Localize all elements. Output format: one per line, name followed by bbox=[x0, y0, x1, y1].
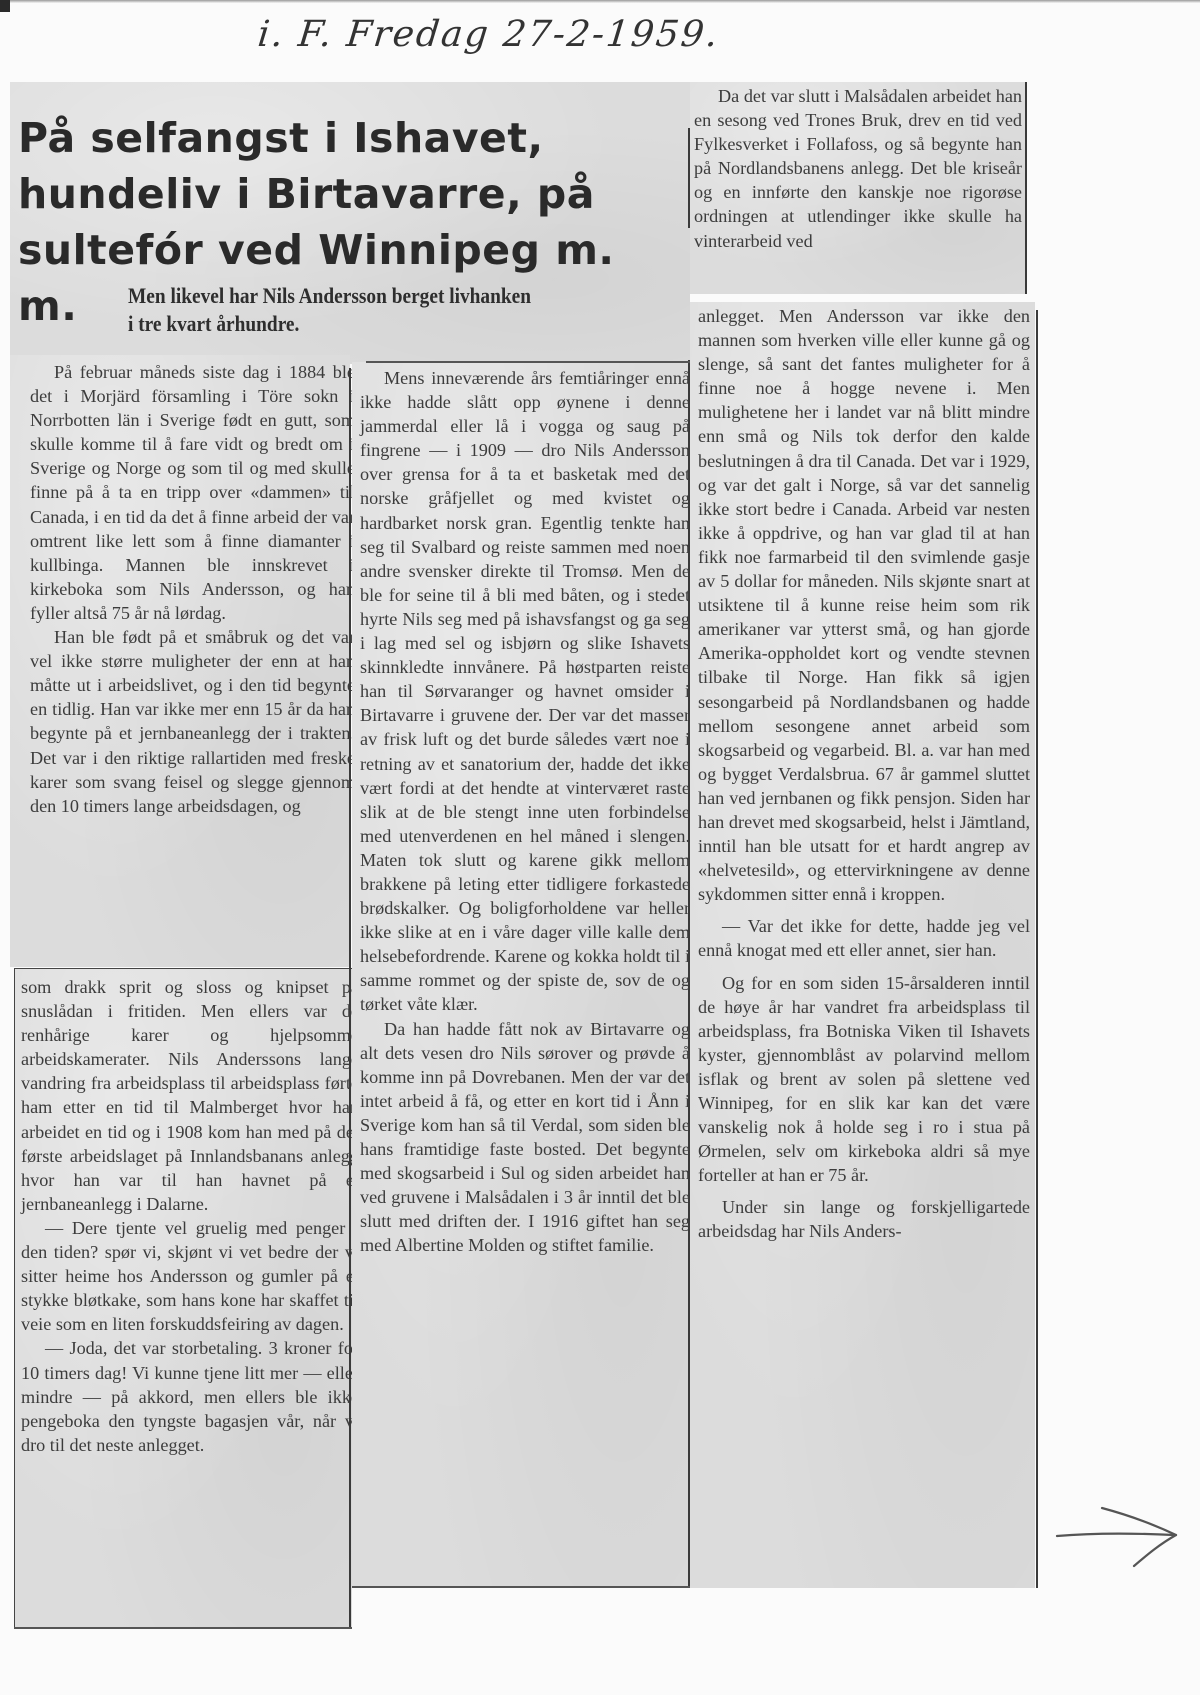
paragraph: — Dere tjente vel gruelig med penger i d… bbox=[21, 1216, 359, 1336]
paragraph: — Var det ikke for dette, hadde jeg vel … bbox=[698, 914, 1030, 962]
column-1-bottom-clipping: som drakk sprit og sloss og knipset på s… bbox=[14, 968, 352, 1628]
paragraph: Mens inneværende års femtiåringer ennå i… bbox=[360, 366, 690, 1017]
article-subheadline: Men likevel har Nils Andersson berget li… bbox=[128, 282, 621, 338]
column-3-top-clipping: Da det var slutt i Malsådalen arbeidet h… bbox=[690, 82, 1025, 294]
paragraph: Da han hadde fått nok av Birtavarre og a… bbox=[360, 1017, 690, 1258]
paragraph: som drakk sprit og sloss og knipset på s… bbox=[21, 975, 359, 1216]
paragraph: På februar måneds siste dag i 1884 ble d… bbox=[30, 360, 355, 625]
paragraph: Han ble født på et småbruk og det var ve… bbox=[30, 625, 355, 818]
clipping-edge bbox=[366, 361, 690, 363]
paragraph: anlegget. Men Andersson var ikke den man… bbox=[698, 304, 1030, 906]
scan-top-edge bbox=[10, 0, 1200, 3]
column-rule bbox=[349, 368, 351, 970]
column-rule bbox=[688, 128, 690, 228]
column-rule bbox=[688, 360, 690, 1586]
column-rule bbox=[349, 970, 351, 1628]
scan-corner-mark bbox=[0, 0, 10, 12]
clipping-edge bbox=[14, 1627, 352, 1629]
headline-clipping: På selfangst i Ishavet, hundeliv i Birta… bbox=[10, 82, 690, 364]
paragraph: Under sin lange og forskjelligartede arb… bbox=[698, 1195, 1030, 1243]
paragraph: — Joda, det var storbetaling. 3 kroner f… bbox=[21, 1336, 359, 1456]
column-3-top-text: Da det var slutt i Malsådalen arbeidet h… bbox=[694, 84, 1022, 253]
right-arrow-icon bbox=[1052, 1500, 1182, 1570]
column-rule bbox=[1036, 310, 1038, 1588]
column-1-top-clipping: På februar måneds siste dag i 1884 ble d… bbox=[10, 355, 350, 967]
column-1-bottom-text: som drakk sprit og sloss og knipset på s… bbox=[21, 975, 359, 1457]
paragraph: Og for en som siden 15-årsalderen inntil… bbox=[698, 971, 1030, 1188]
column-2-text: Mens inneværende års femtiåringer ennå i… bbox=[360, 366, 690, 1257]
paragraph: Da det var slutt i Malsådalen arbeidet h… bbox=[694, 84, 1022, 253]
column-1-top-text: På februar måneds siste dag i 1884 ble d… bbox=[30, 360, 355, 818]
column-3-bottom-text: anlegget. Men Andersson var ikke den man… bbox=[698, 304, 1030, 1244]
column-3-bottom-clipping: anlegget. Men Andersson var ikke den man… bbox=[690, 302, 1035, 1588]
column-rule bbox=[1025, 82, 1027, 294]
column-2-clipping: Mens inneværende års femtiåringer ennå i… bbox=[352, 362, 690, 1588]
clipping-edge bbox=[352, 1586, 690, 1588]
handwritten-date-note: i. F. Fredag 27-2-1959. bbox=[256, 14, 722, 55]
